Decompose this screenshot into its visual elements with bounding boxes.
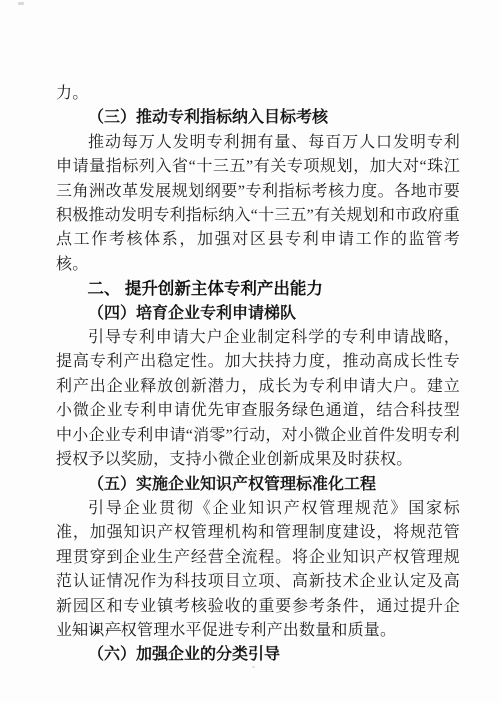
subheading-item-5: （五）实施企业知识产权管理标准化工程 (56, 473, 460, 497)
body-paragraph: 推动每万人发明专利拥有量、每百万人口发明专利申请量指标列入省“十三五”有关专项规… (56, 131, 460, 277)
section-heading-2: 二、 提升创新主体专利产出能力 (56, 277, 460, 301)
subheading-item-3: （三）推动专利指标纳入目标考核 (56, 106, 460, 130)
paragraph-continuation: 力。 (56, 82, 460, 106)
document-page: 力。 （三）推动专利指标纳入目标考核 推动每万人发明专利拥有量、每百万人口发明专… (0, 0, 500, 703)
page-number: — 4 — (72, 620, 122, 640)
subheading-item-6: （六）加强企业的分类引导 (56, 643, 460, 667)
body-paragraph: 引导专利申请大户企业制定科学的专利申请战略，提高专利产出稳定性。加大扶持力度，推… (56, 326, 460, 472)
document-body: 力。 （三）推动专利指标纳入目标考核 推动每万人发明专利拥有量、每百万人口发明专… (56, 82, 460, 668)
subheading-item-4: （四）培育企业专利申请梯队 (56, 302, 460, 326)
scan-artifact (18, 2, 24, 5)
